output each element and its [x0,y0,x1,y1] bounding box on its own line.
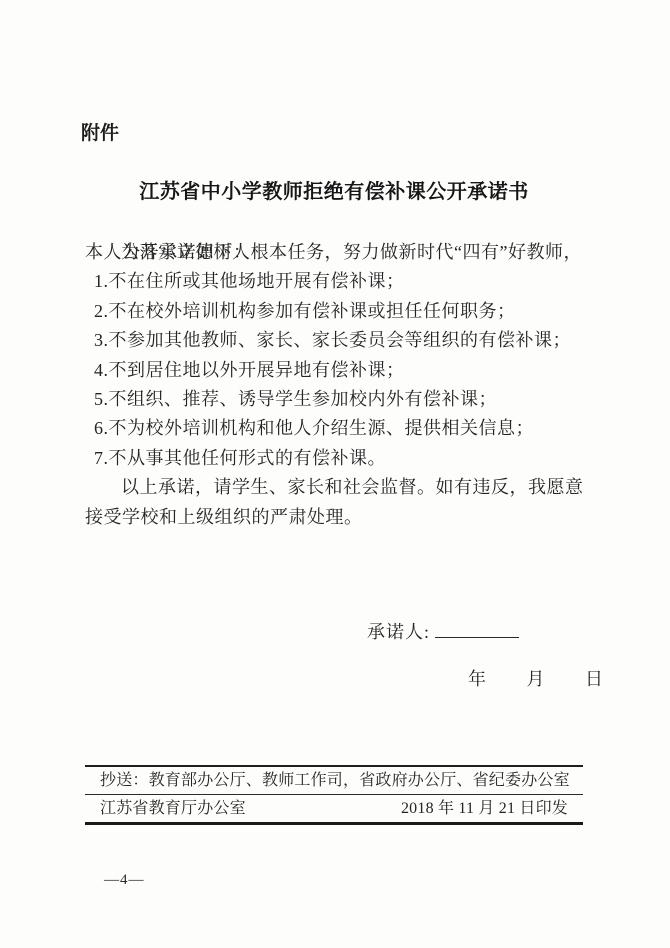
issue-date: 2018 年 11 月 21 日印发 [401,795,568,822]
issuing-office: 江苏省教育厅办公室 [100,795,246,822]
promiser-label: 承诺人: [367,622,430,642]
commitment-item-3: 3.不参加其他教师、家长、家长委员会等组织的有偿补课； [85,326,583,355]
closing-line-1: 以上承诺，请学生、家长和社会监督。如有违反，我愿意 [85,473,583,502]
commitment-item-4: 4.不到居住地以外开展异地有偿补课； [85,356,583,385]
commitment-item-1: 1.不在住所或其他场地开展有偿补课； [85,267,583,296]
commitment-item-7: 7.不从事其他任何形式的有偿补课。 [85,444,583,473]
date-year-label: 年 [468,668,486,690]
footer-bottom-rule [85,822,583,825]
signature-blank-line [435,635,519,638]
document-title: 江苏省中小学教师拒绝有偿补课公开承诺书 [85,180,583,205]
document-body: 为落实立德树人根本任务，努力做新时代“四有”好教师， 本人公开承诺如下： 1.不… [85,238,583,532]
closing-line-2: 接受学校和上级组织的严肃处理。 [85,503,583,532]
commitment-item-6: 6.不为校外培训机构和他人介绍生源、提供相关信息； [85,414,583,443]
commitment-item-2: 2.不在校外培训机构参加有偿补课或担任任何职务； [85,297,583,326]
date-day-label: 日 [585,668,603,690]
page-number: —4— [104,872,145,889]
signature-row: 承诺人: [367,620,519,644]
issue-row: 江苏省教育厅办公室 2018 年 11 月 21 日印发 [85,795,583,822]
date-month-label: 月 [527,668,545,690]
cc-row: 抄送：教育部办公厅、教师工作司，省政府办公厅、省纪委办公室 [85,767,583,794]
attachment-label: 附件 [81,123,119,144]
scanned-document-page: 附件 江苏省中小学教师拒绝有偿补课公开承诺书 为落实立德树人根本任务，努力做新时… [0,0,670,948]
document-footer: 抄送：教育部办公厅、教师工作司，省政府办公厅、省纪委办公室 江苏省教育厅办公室 … [85,765,583,825]
date-row: 年 月 日 [468,668,603,690]
commitment-item-5: 5.不组织、推荐、诱导学生参加校内外有偿补课； [85,385,583,414]
cc-line: 抄送：教育部办公厅、教师工作司，省政府办公厅、省纪委办公室 [100,772,570,789]
